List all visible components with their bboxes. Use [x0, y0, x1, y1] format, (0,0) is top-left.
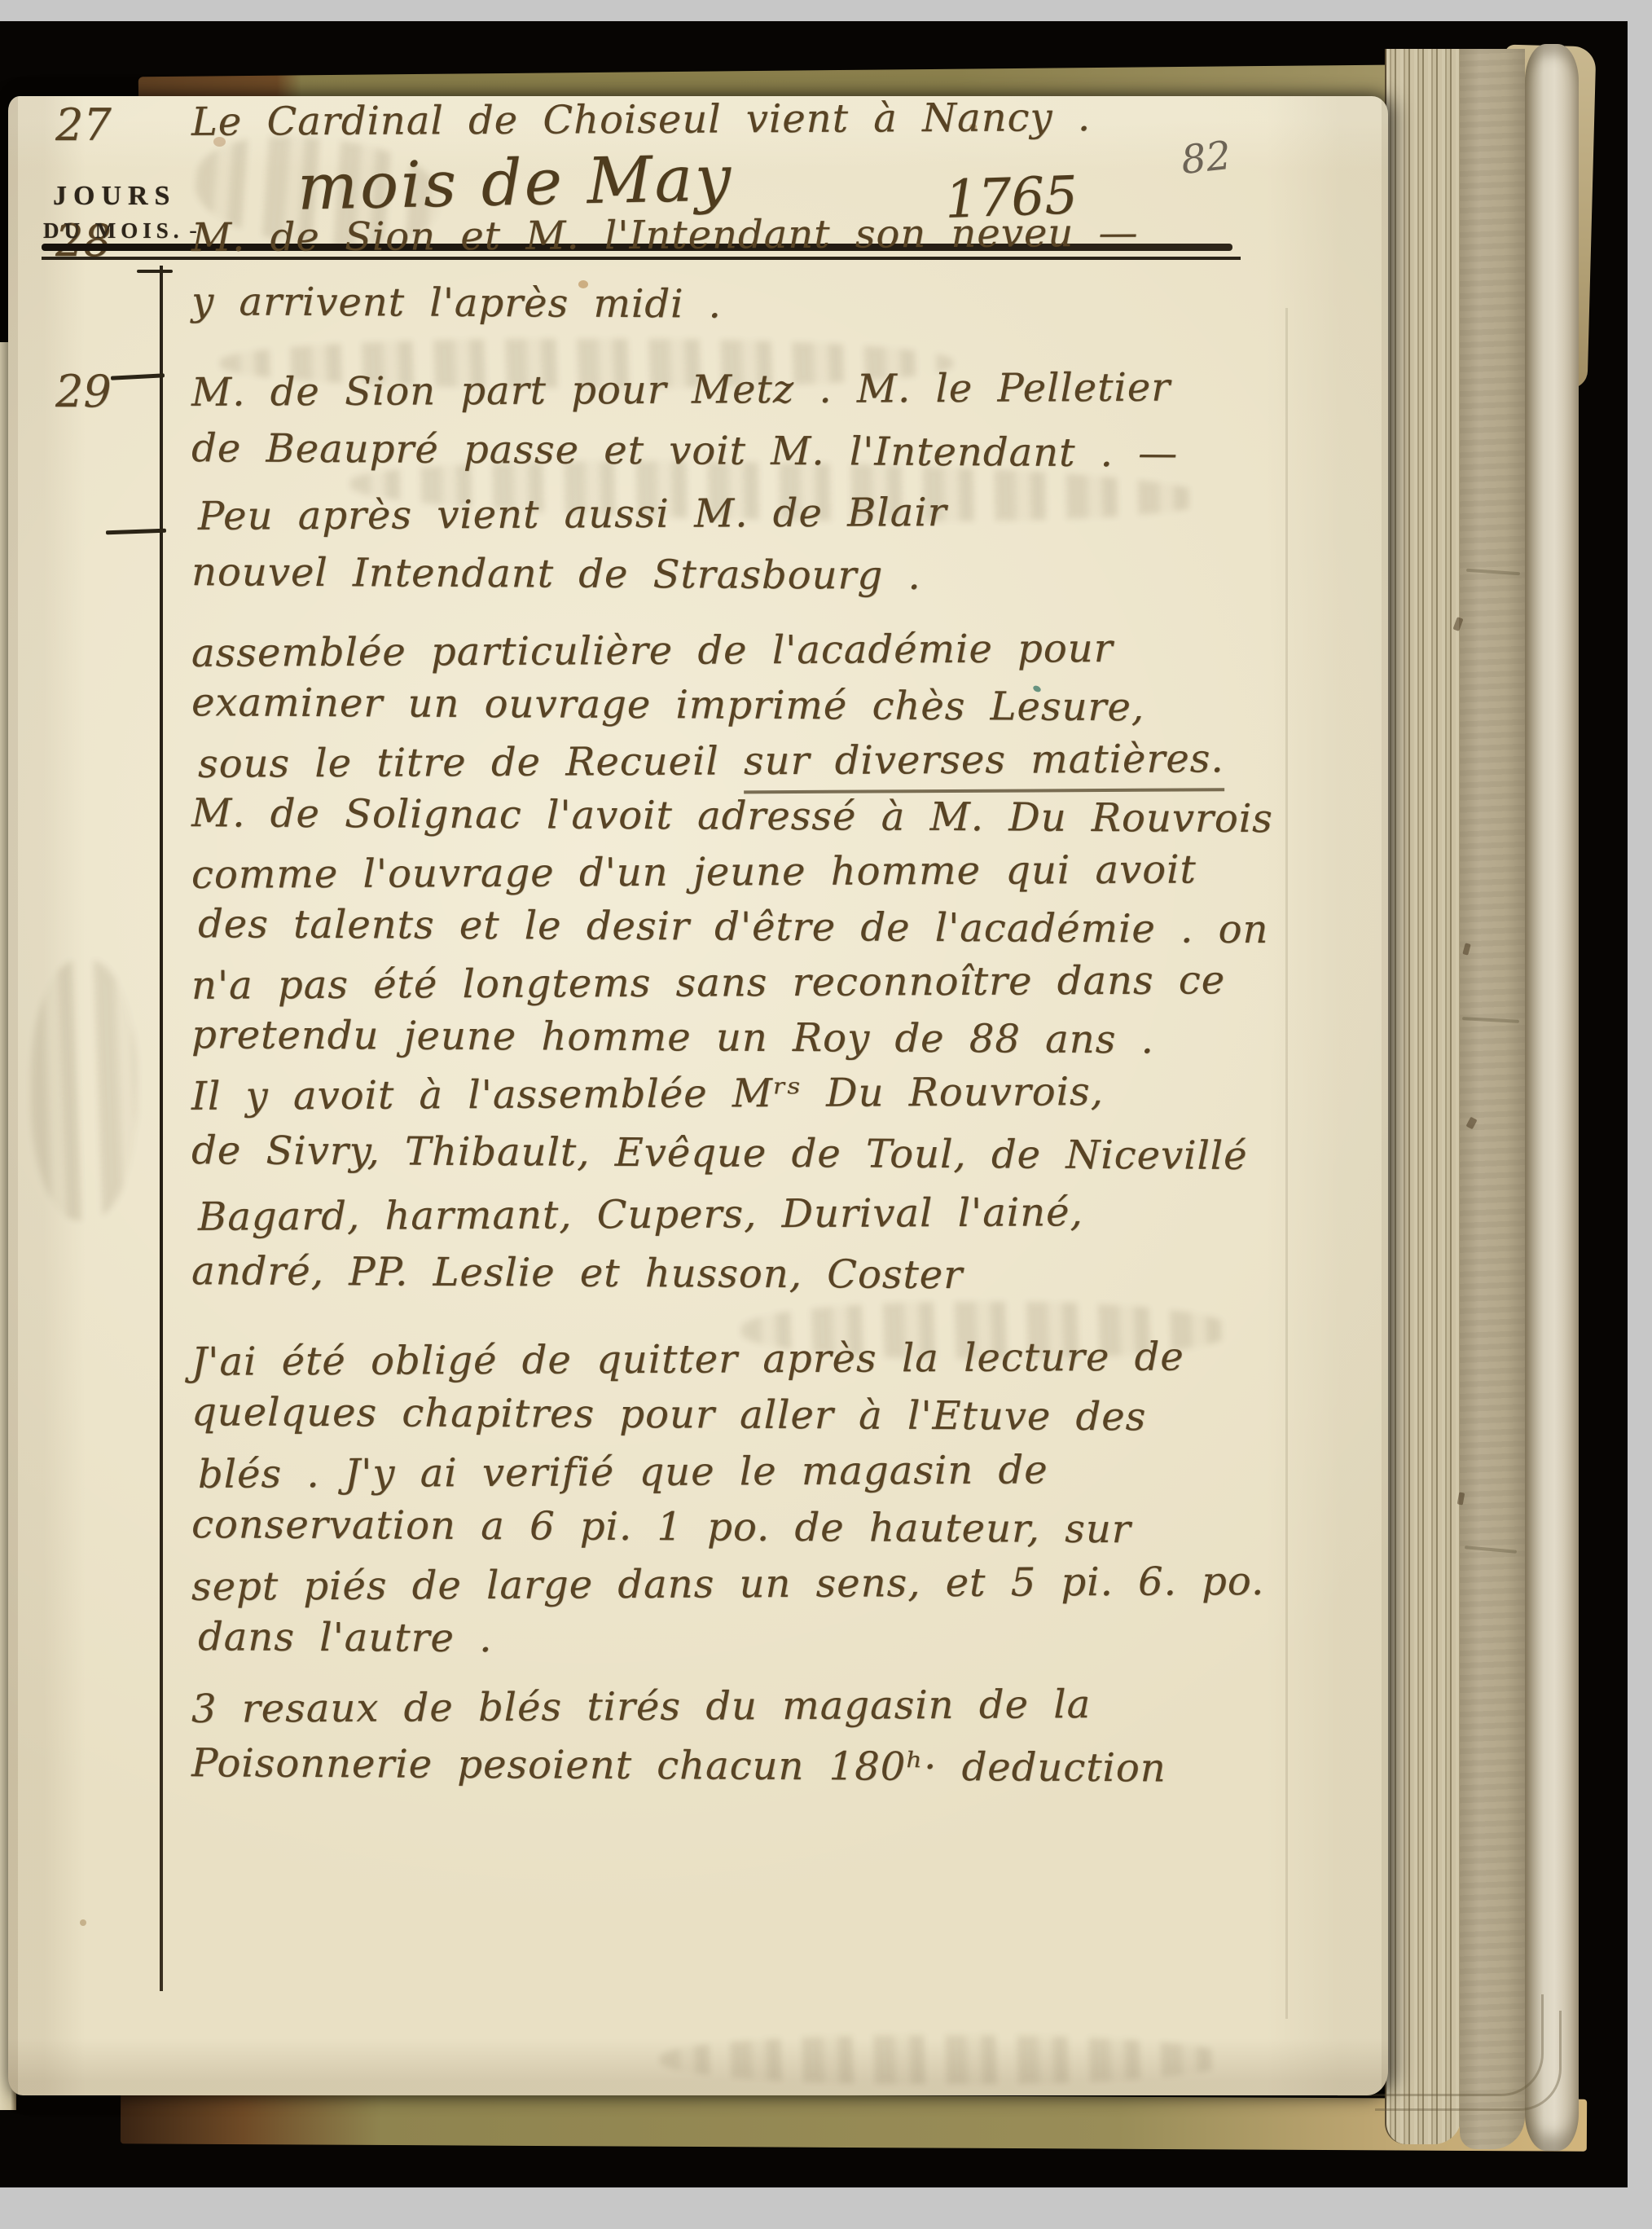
margin-rule — [160, 266, 163, 1991]
entry-line: nouvel Intendant de Strasbourg . — [191, 549, 1388, 618]
fore-edge-page-stack — [1385, 49, 1461, 2144]
entry-line: sous le titre de Recueil sur diverses ma… — [198, 735, 1388, 797]
entry-29: 29M. de Sion part pour Metz . M. le Pell… — [8, 363, 1388, 1804]
manuscript-page: JOURS DU MOIS. - mois de May 1765 82 27L… — [8, 96, 1388, 2095]
underlined-phrase: sur diverses matières. — [744, 736, 1224, 794]
ink-bleed-through — [31, 960, 137, 1220]
entry-line: Peu après vient aussi M. de Blair — [198, 487, 1388, 556]
entry-line: andré, PP. Leslie et husson, Coster — [191, 1248, 1388, 1315]
entry-line: conservation a 6 pi. 1 po. de hauteur, s… — [191, 1501, 1388, 1564]
entry-line: Poisonnerie pesoient chacun 180ʰ· deduct… — [191, 1740, 1388, 1807]
entry-line: J'ai été obligé de quitter après la lect… — [191, 1333, 1388, 1396]
paragraph: J'ai été obligé de quitter après la lect… — [191, 1336, 1388, 1673]
margin-column-label-line1: JOURS — [53, 181, 176, 212]
entry-27: 27Le Cardinal de Choiseul vient à Nancy … — [8, 96, 1388, 163]
entry-line: examiner un ouvrage imprimé chès Lesure, — [191, 679, 1388, 741]
fore-edge-rolled-leaf — [1525, 44, 1579, 2151]
entry-lines: M. de Sion part pour Metz . M. le Pellet… — [191, 363, 1388, 1804]
entry-line: n'a pas été longtems sans reconnoître da… — [191, 956, 1388, 1018]
entry-line: blés . J'y ai verifié que le magasin de — [198, 1445, 1388, 1508]
entry-line: M. de Sion part pour Metz . M. le Pellet… — [191, 363, 1388, 432]
entry-line: y arrivent l'après midi . — [191, 279, 1388, 355]
foxing-spot — [80, 1919, 86, 1926]
entry-line: de Beaupré passe et voit M. l'Intendant … — [191, 425, 1388, 494]
book-binding-bottom-edge — [121, 2091, 1587, 2151]
margin-column-label-line2: DU MOIS. — [43, 218, 184, 244]
paragraph: 3 resaux de blés tirés du magasin de laP… — [191, 1683, 1388, 1804]
fore-edge-rough-parchment — [1460, 49, 1525, 2149]
paragraph: M. de Sion et M. l'Intendant son neveu —… — [191, 212, 1388, 352]
page-corner-curl — [1375, 2011, 1562, 2111]
day-number: 29 — [8, 363, 160, 417]
entry-line: M. de Solignac l'avoit adressé à M. Du R… — [191, 790, 1388, 852]
paragraph: Il y avoit à l'assemblée Mʳˢ Du Rouvrois… — [191, 1071, 1388, 1312]
entry-line: Il y avoit à l'assemblée Mʳˢ Du Rouvrois… — [191, 1067, 1388, 1134]
entry-line: dans l'autre . — [198, 1614, 1388, 1677]
entry-line: des talents et le desir d'être de l'acad… — [198, 901, 1388, 963]
entry-lines: Le Cardinal de Choiseul vient à Nancy . — [191, 96, 1388, 163]
rule-top-serif — [137, 270, 173, 273]
paragraph: assemblée particulière de l'académie pou… — [191, 627, 1388, 1071]
paragraph: Le Cardinal de Choiseul vient à Nancy . — [191, 96, 1388, 163]
entry-line: de Sivry, Thibault, Evêque de Toul, de N… — [191, 1128, 1388, 1194]
entry-28: 28M. de Sion et M. l'Intendant son neveu… — [8, 212, 1388, 352]
entry-line: quelques chapitres pour aller à l'Etuve … — [191, 1389, 1388, 1452]
entry-line: Bagard, harmant, Cupers, Durival l'ainé, — [198, 1188, 1388, 1255]
entry-line: M. de Sion et M. l'Intendant son neveu — — [191, 209, 1388, 285]
entry-line: 3 resaux de blés tirés du magasin de la — [191, 1680, 1388, 1747]
ink-bleed-through — [660, 2035, 1230, 2084]
entry-line: sept piés de large dans un sens, et 5 pi… — [191, 1558, 1388, 1620]
day-number: 27 — [8, 96, 160, 151]
entry-line: pretendu jeune homme un Roy de 88 ans . — [191, 1012, 1388, 1074]
entry-line: assemblée particulière de l'académie pou… — [191, 624, 1388, 686]
entry-line: Le Cardinal de Choiseul vient à Nancy . — [191, 93, 1388, 166]
entry-line: comme l'ouvrage d'un jeune homme qui avo… — [191, 846, 1388, 908]
entry-lines: M. de Sion et M. l'Intendant son neveu —… — [191, 212, 1388, 352]
